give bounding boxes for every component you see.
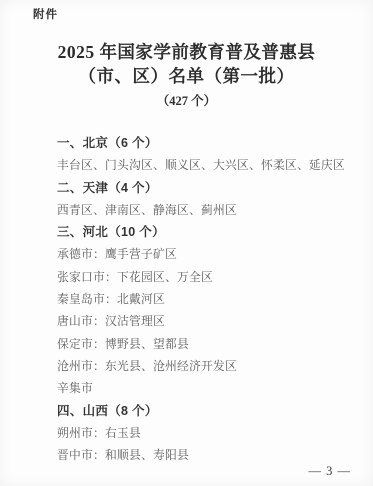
section-heading-shanxi: 四、山西（8 个） [57,400,347,422]
list-line-tangshan: 唐山市：汉沽管理区 [57,310,347,332]
list-line-qinhuangdao: 秦皇岛市：北戴河区 [57,288,347,310]
document-title: 2025 年国家学前教育普及普惠县 （市、区）名单（第一批） [0,40,373,88]
section-heading-beijing: 一、北京（6 个） [57,132,347,154]
total-count: （427 个） [0,91,373,109]
section-heading-tianjin: 二、天津（4 个） [57,177,347,199]
title-line-1: 2025 年国家学前教育普及普惠县 [0,40,373,64]
list-line-shuozhou: 朔州市：右玉县 [57,422,347,444]
title-line-2: （市、区）名单（第一批） [0,64,373,88]
list-line-beijing-districts: 丰台区、门头沟区、顺义区、大兴区、怀柔区、延庆区 [57,154,347,176]
section-heading-hebei: 三、河北（10 个） [57,221,347,243]
page-number: — 3 — [309,464,352,479]
list-line-cangzhou: 沧州市：东光县、沧州经济开发区 [57,355,347,377]
list-line-baoding: 保定市：博野县、望都县 [57,333,347,355]
list-line-chengde: 承德市：鹰手营子矿区 [57,243,347,265]
list-line-jinzhong: 晋中市：和顺县、寿阳县 [57,444,347,466]
list-line-zhangjiakou: 张家口市：下花园区、万全区 [57,266,347,288]
document-page: 附件 2025 年国家学前教育普及普惠县 （市、区）名单（第一批） （427 个… [0,0,373,486]
county-list: 一、北京（6 个） 丰台区、门头沟区、顺义区、大兴区、怀柔区、延庆区 二、天津（… [57,132,347,466]
attachment-label: 附件 [33,6,58,22]
list-line-tianjin-districts: 西青区、津南区、静海区、蓟州区 [57,199,347,221]
list-line-xinji: 辛集市 [57,377,347,399]
